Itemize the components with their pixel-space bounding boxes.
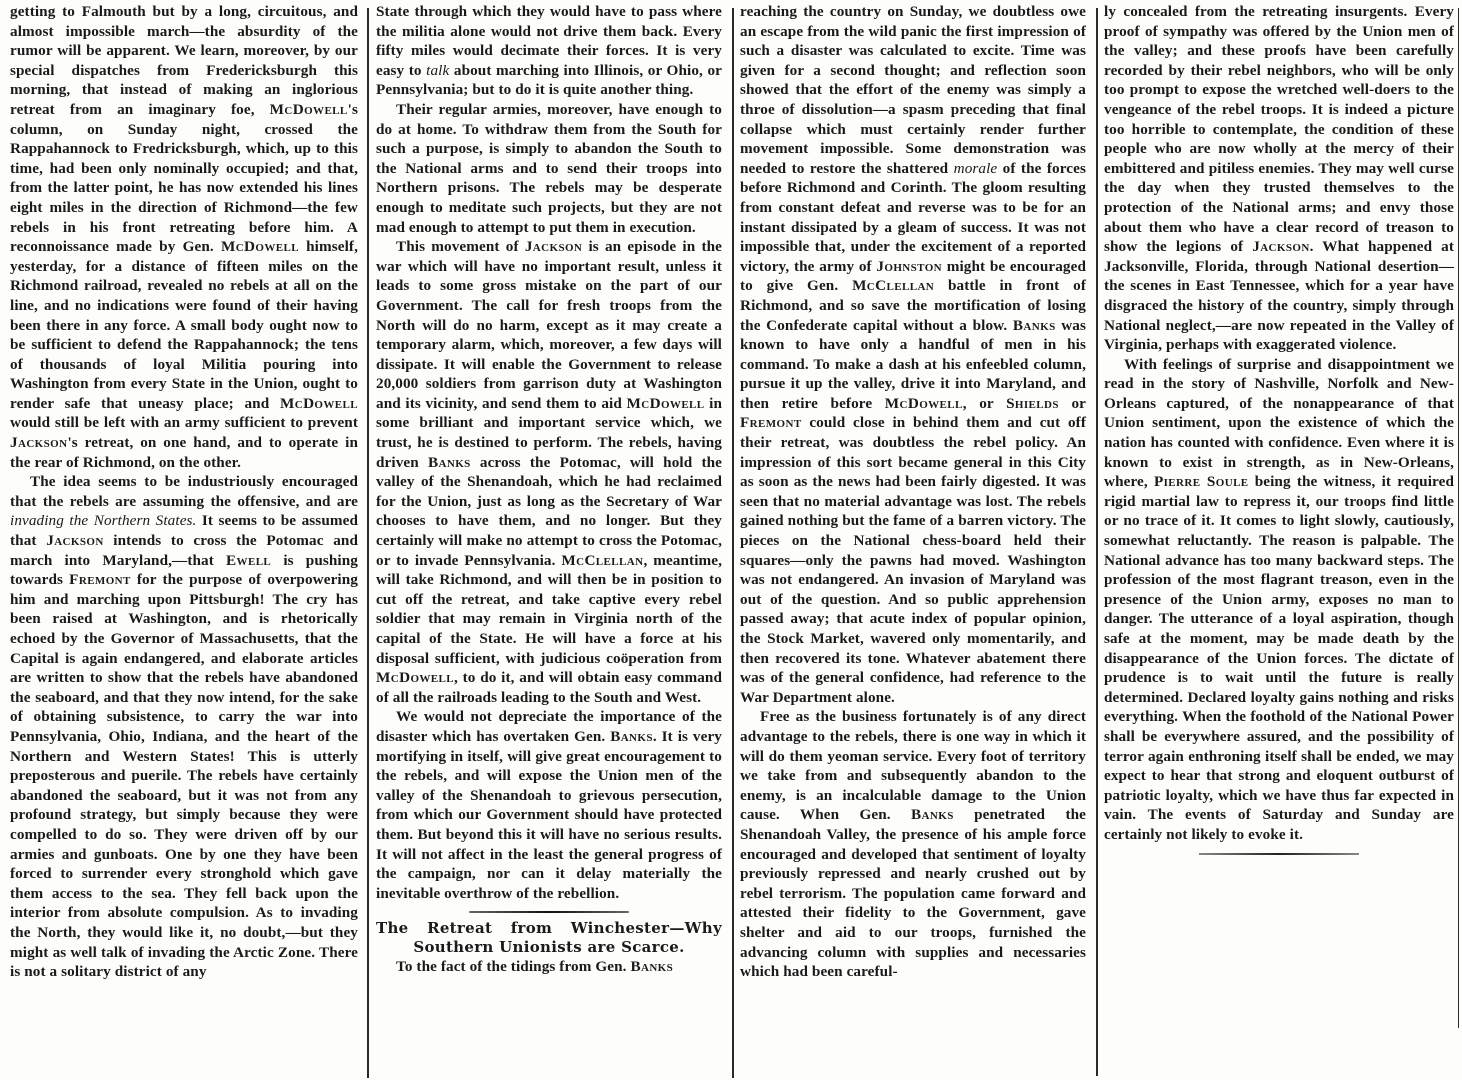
text-run: This movement of (396, 238, 525, 255)
article-headline: The Retreat from Winchester—Why Southern… (376, 919, 722, 957)
text-run: would still be left with an army suffici… (10, 414, 358, 431)
proper-name: McDowell (221, 238, 299, 255)
column-body-continued: To the fact of the tidings from Gen. Ban… (376, 957, 722, 977)
proper-name: Jackson (10, 434, 67, 451)
proper-name: McClellan (561, 552, 643, 569)
paragraph: Free as the business fortunately is of a… (740, 707, 1086, 981)
text-run: , or (963, 395, 1006, 412)
text-run: ly concealed from the retreating insurge… (1104, 3, 1454, 255)
headline-line-1: The Retreat from Winchester—Why (376, 919, 722, 938)
text-run: 's column, on Sunday night, crossed the … (10, 101, 358, 255)
column-2: State through which they would have to p… (366, 2, 730, 1078)
headline-line-2: Southern Unionists are Scarce. (376, 938, 722, 957)
emphasis-text: morale (954, 160, 998, 177)
proper-name: Jackson (1252, 238, 1309, 255)
paragraph: ly concealed from the retreating insurge… (1104, 2, 1454, 355)
proper-name: Banks (1013, 317, 1056, 334)
paragraph: We would not depreciate the importance o… (376, 707, 722, 903)
paragraph: reaching the country on Sunday, we doubt… (740, 2, 1086, 707)
proper-name: Johnston (876, 258, 942, 275)
proper-name: Fremont (740, 414, 802, 431)
column-body: ly concealed from the retreating insurge… (1104, 2, 1454, 845)
proper-name: Banks (428, 454, 471, 471)
proper-name: McDowell (270, 101, 348, 118)
column-1: getting to Falmouth but by a long, circu… (0, 2, 366, 1078)
text-run: himself, yesterday, for a distance of fi… (10, 238, 358, 412)
text-run: is an episode in the war which will have… (376, 238, 722, 412)
column-body: reaching the country on Sunday, we doubt… (740, 2, 1086, 982)
text-run: With feelings of surprise and disappoint… (1104, 356, 1454, 491)
headline-word: The (376, 919, 409, 938)
text-run: reaching the country on Sunday, we doubt… (740, 3, 1086, 177)
text-run: Their regular armies, moreover, have eno… (376, 101, 722, 236)
proper-name: Banks (911, 806, 954, 823)
proper-name: Jackson (46, 532, 103, 549)
proper-name: Ewell (226, 552, 271, 569)
proper-name: McDowell (627, 395, 705, 412)
text-run: The idea seems to be industriously encou… (10, 473, 358, 510)
headline-word: Retreat (427, 919, 492, 938)
headline-word: from (511, 919, 552, 938)
text-run: could close in behind them and cut off t… (740, 414, 1086, 705)
paragraph: Their regular armies, moreover, have eno… (376, 100, 722, 237)
column-body: State through which they would have to p… (376, 2, 722, 903)
column-3: reaching the country on Sunday, we doubt… (730, 2, 1094, 1078)
proper-name: Jackson (525, 238, 582, 255)
proper-name: McDowell (885, 395, 963, 412)
text-run: To the fact of the tidings from Gen. (396, 958, 630, 975)
proper-name: McDowell (280, 395, 358, 412)
text-run: being the witness, it required rigid mar… (1104, 473, 1454, 843)
paragraph: With feelings of surprise and disappoint… (1104, 355, 1454, 845)
column-4: ly concealed from the retreating insurge… (1094, 2, 1462, 1078)
proper-name: Banks (610, 728, 653, 745)
text-run: penetrated the Shenandoah Valley, the pr… (740, 806, 1086, 980)
text-run: for the purpose of overpowering him and … (10, 571, 358, 980)
text-run: . What happened at Jacksonville, Florida… (1104, 238, 1454, 353)
proper-name: Shields (1006, 395, 1059, 412)
proper-name: Banks (630, 958, 673, 975)
paragraph: getting to Falmouth but by a long, circu… (10, 2, 358, 472)
proper-name: McDowell (376, 669, 454, 686)
text-run: or (1059, 395, 1086, 412)
headline-rule (469, 911, 629, 913)
text-run: . It is very mortifying in itself, will … (376, 728, 722, 902)
proper-name: McClellan (852, 277, 934, 294)
proper-name: Fremont (69, 571, 131, 588)
emphasis-text: invading the Northern States. (10, 512, 196, 529)
paragraph: To the fact of the tidings from Gen. Ban… (376, 957, 722, 977)
newspaper-page: getting to Falmouth but by a long, circu… (0, 0, 1462, 1080)
paragraph: State through which they would have to p… (376, 2, 722, 100)
headline-word: Winchester—Why (571, 919, 722, 938)
article-end-rule (1199, 853, 1359, 855)
column-body: getting to Falmouth but by a long, circu… (10, 2, 358, 982)
emphasis-text: talk (426, 62, 449, 79)
proper-name: Pierre Soule (1154, 473, 1249, 490)
paragraph: This movement of Jackson is an episode i… (376, 237, 722, 707)
paragraph: The idea seems to be industriously encou… (10, 472, 358, 981)
